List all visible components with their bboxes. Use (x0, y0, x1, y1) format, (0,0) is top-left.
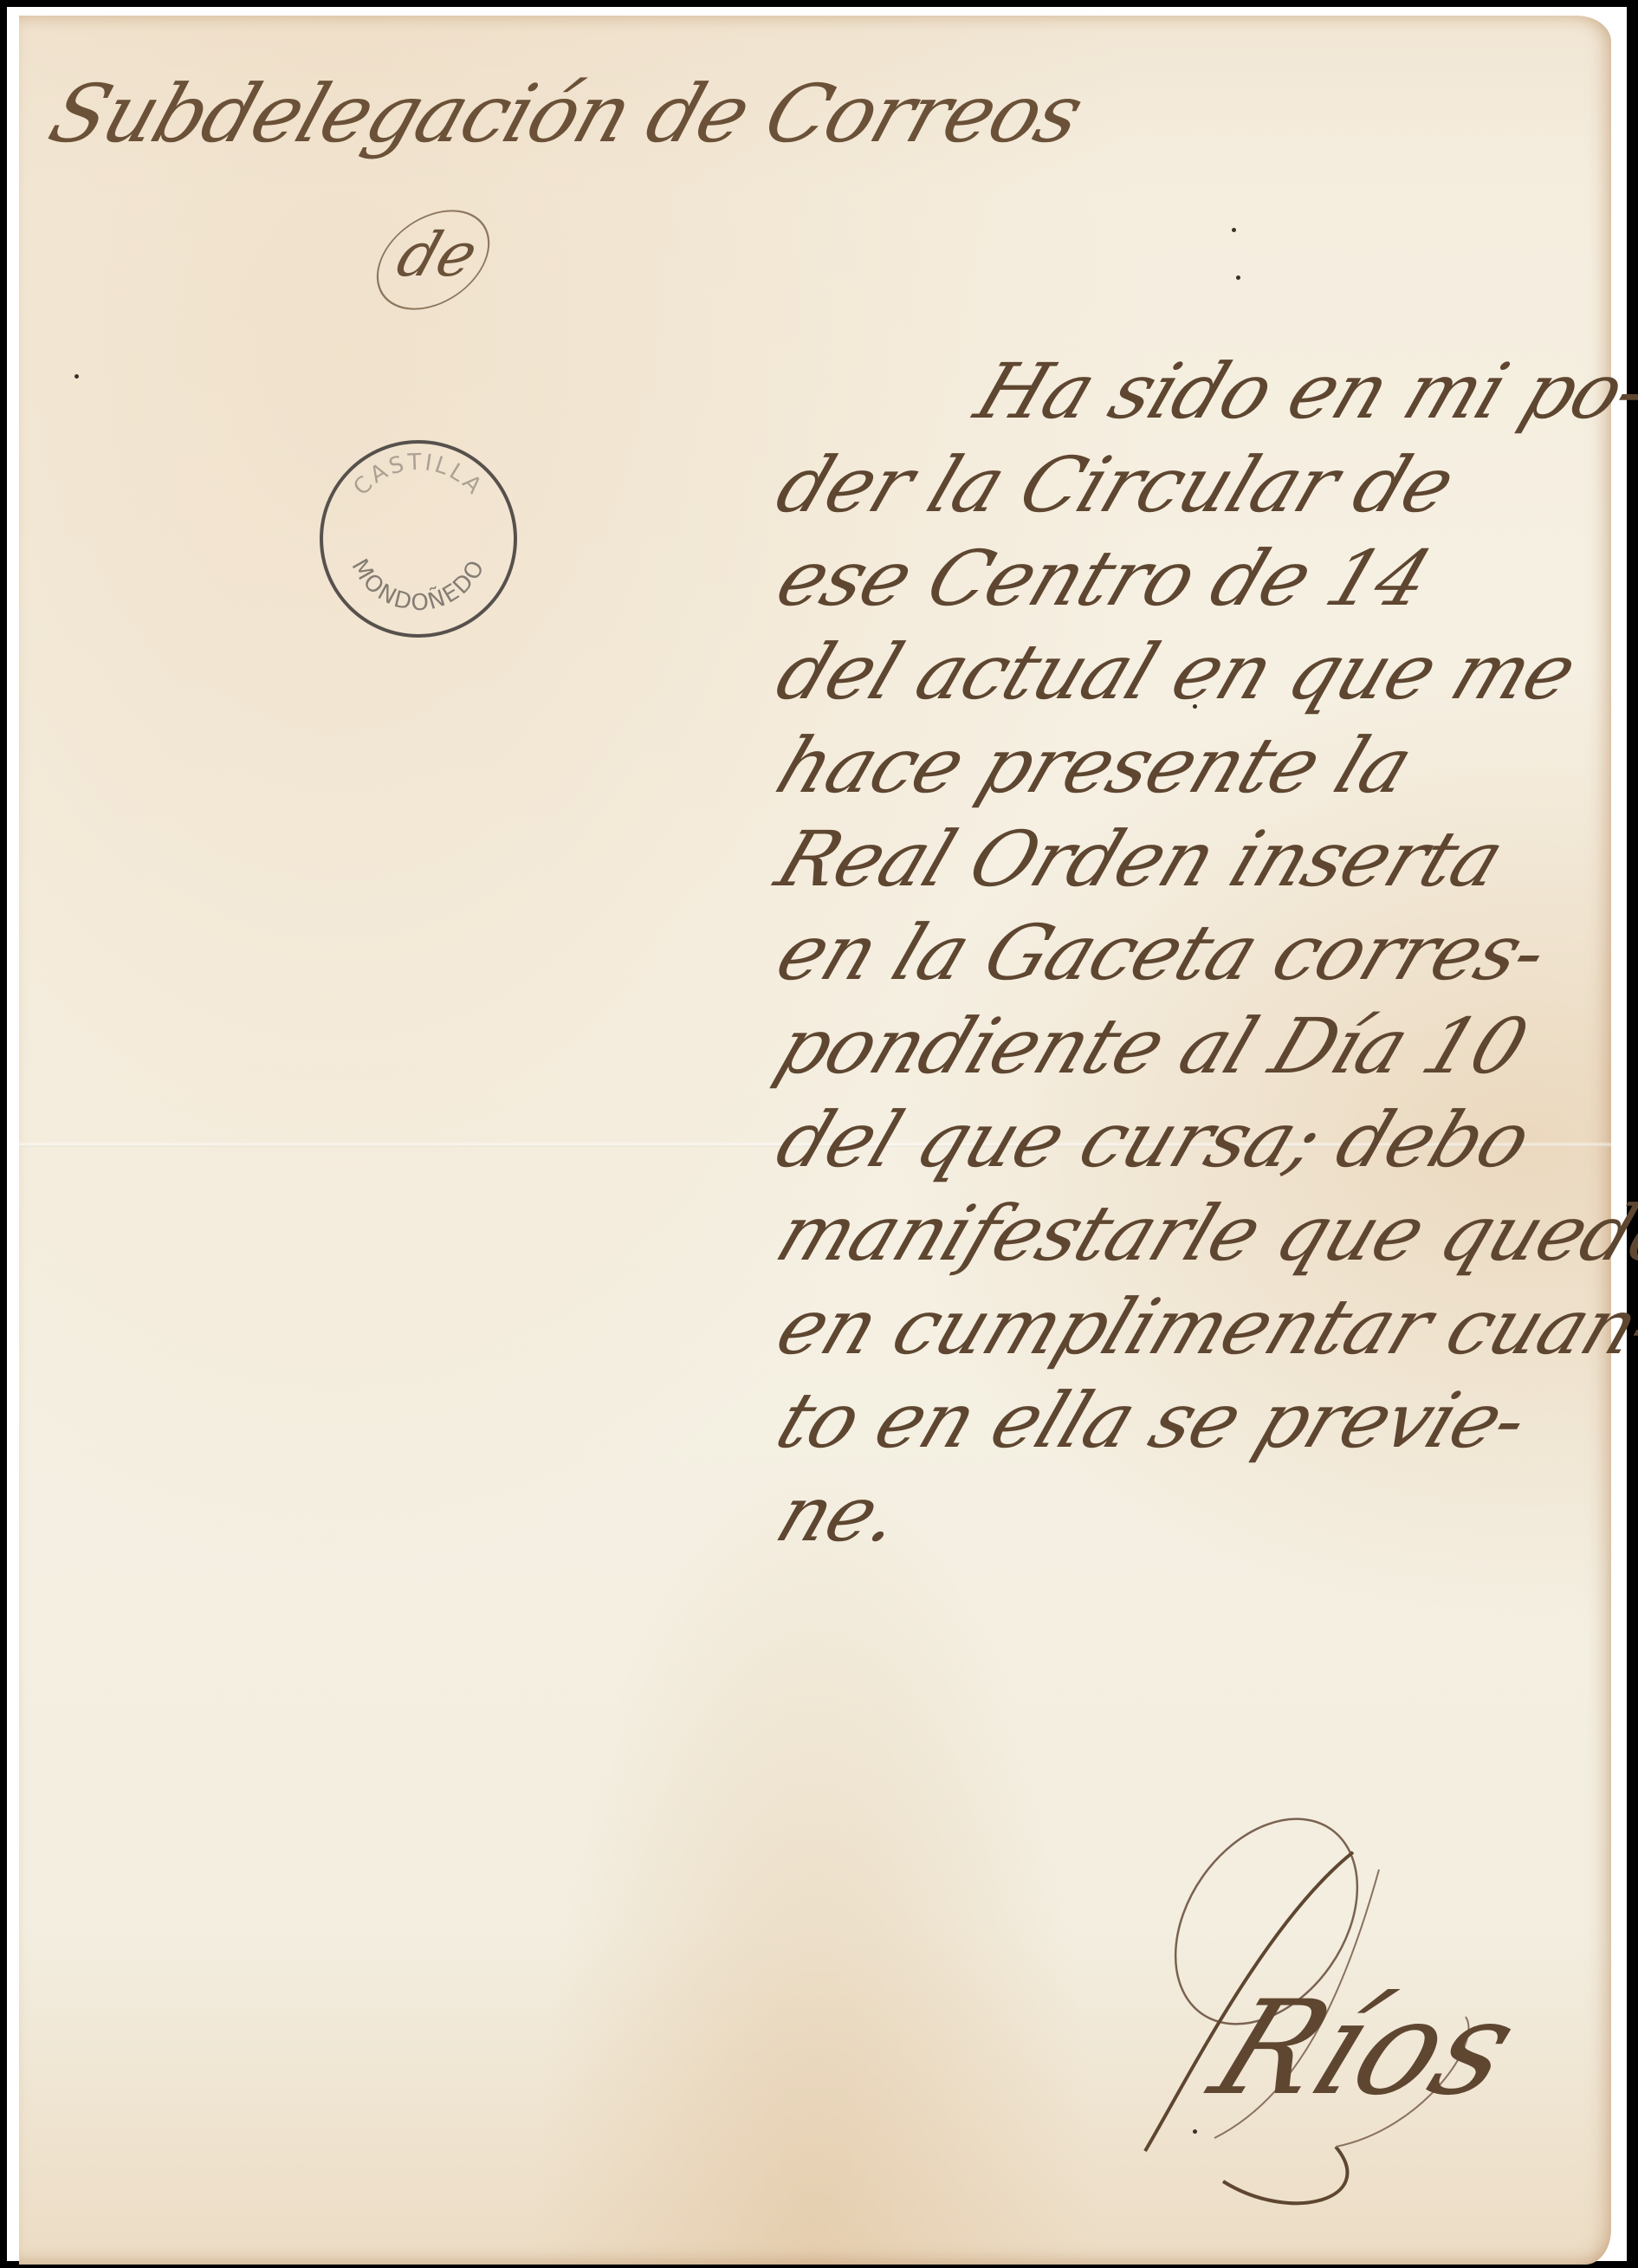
paper-sheet: Subdelegación de Correos de CASTILLA MON… (19, 16, 1611, 2265)
body-line: Ha sido en mi po- (764, 345, 1629, 438)
svg-text:CASTILLA: CASTILLA (348, 450, 488, 501)
body-line: del actual en que me (764, 625, 1629, 719)
ink-speck (1193, 704, 1197, 709)
signature: Ríos (1093, 1818, 1544, 2216)
body-line: ese Centro de 14 (764, 532, 1629, 625)
ink-speck (1236, 275, 1240, 280)
ink-speck (74, 374, 79, 379)
letter-body: Ha sido en mi po- der la Circular de ese… (781, 345, 1613, 1561)
scan-frame: Subdelegación de Correos de CASTILLA MON… (7, 7, 1627, 2261)
body-line: pondiente al Día 10 (764, 1000, 1629, 1093)
svg-text:MONDOÑEDO: MONDOÑEDO (346, 554, 491, 616)
heading-office: Subdelegación de Correos (39, 68, 1093, 160)
heading-de: de (389, 219, 487, 290)
body-line: der la Circular de (764, 438, 1629, 532)
postmark-bottom-text: MONDOÑEDO (346, 554, 491, 616)
signature-name: Ríos (1193, 1973, 1538, 2124)
body-line: en la Gaceta corres- (764, 906, 1629, 1000)
ink-speck (1232, 228, 1236, 232)
body-line: to en ella se previe- (764, 1374, 1629, 1468)
body-line: del que cursa; debo (764, 1093, 1629, 1187)
postmark-icon: CASTILLA MONDOÑEDO (323, 444, 514, 634)
body-line: ne. (764, 1468, 1629, 1561)
body-line: Real Orden inserta (764, 813, 1629, 906)
ink-speck (1193, 2129, 1197, 2134)
body-line: hace presente la (764, 719, 1629, 813)
postmark-top-text: CASTILLA (348, 450, 488, 501)
body-line: manifestarle que quedo (764, 1187, 1629, 1280)
postmark-stamp: CASTILLA MONDOÑEDO (320, 440, 517, 638)
body-line: en cumplimentar cuan- (764, 1280, 1629, 1374)
